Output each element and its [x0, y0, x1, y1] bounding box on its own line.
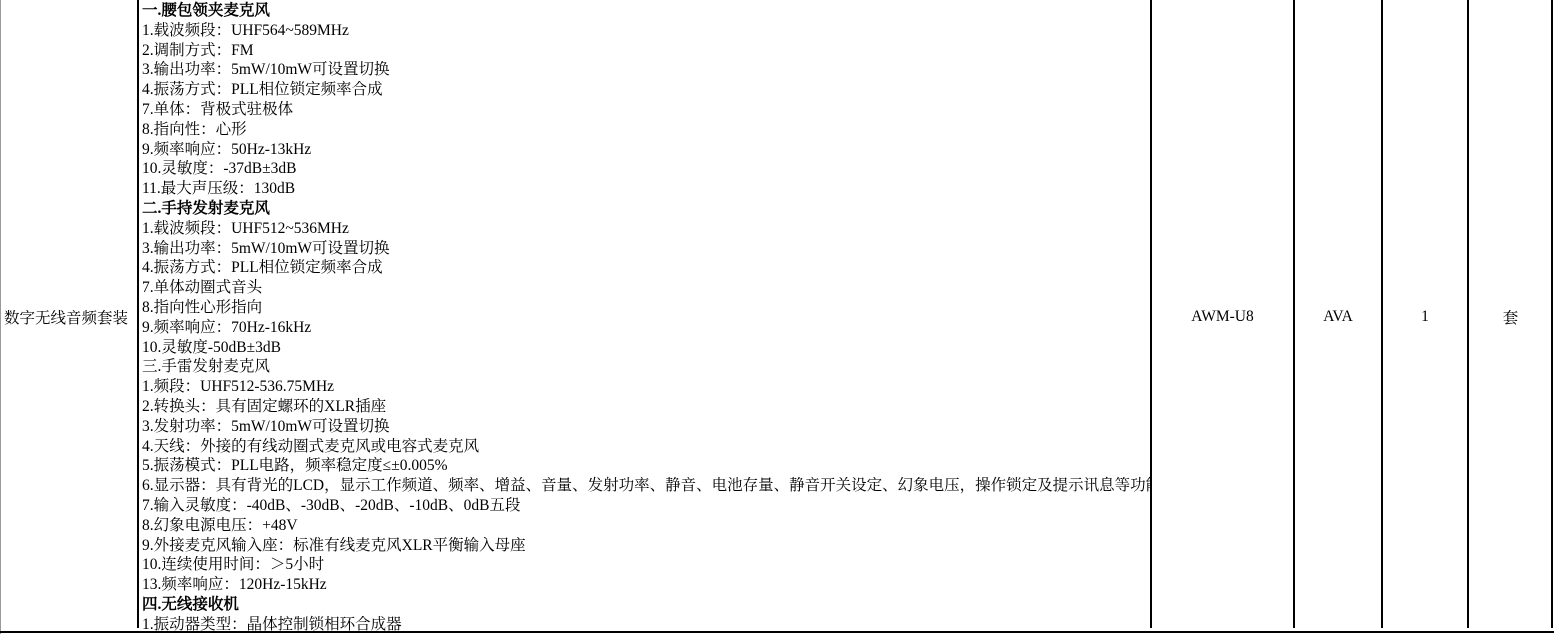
spec-line: 3.发射功率：5mW/10mW可设置切换 — [142, 417, 1150, 437]
spec-line: 一.腰包领夹麦克风 — [142, 1, 1150, 21]
spec-line: 二.手持发射麦克风 — [142, 199, 1150, 219]
spec-line: 4.天线：外接的有线动圈式麦克风或电容式麦克风 — [142, 437, 1150, 457]
quantity-value: 1 — [1421, 308, 1429, 326]
spec-line: 1.频段：UHF512-536.75MHz — [142, 377, 1150, 397]
column-divider-spec-model — [1150, 0, 1152, 628]
spec-line: 11.最大声压级：130dB — [142, 179, 1150, 199]
brand-cell: AVA — [1295, 0, 1381, 634]
table-right-edge-line — [1551, 0, 1553, 628]
model-value: AWM-U8 — [1191, 308, 1253, 326]
spec-line: 10.灵敏度-50dB±3dB — [142, 338, 1150, 358]
spec-line: 4.振荡方式：PLL相位锁定频率合成 — [142, 80, 1150, 100]
spec-line: 7.输入灵敏度：-40dB、-30dB、-20dB、-10dB、0dB五段 — [142, 496, 1150, 516]
quantity-cell: 1 — [1383, 0, 1467, 634]
spec-line: 9.外接麦克风输入座：标准有线麦克风XLR平衡输入母座 — [142, 536, 1150, 556]
spec-line: 10.灵敏度：-37dB±3dB — [142, 159, 1150, 179]
spec-line: 2.转换头：具有固定螺环的XLR插座 — [142, 397, 1150, 417]
spec-line: 9.频率响应：50Hz-13kHz — [142, 140, 1150, 160]
spec-line: 7.单体：背极式驻极体 — [142, 100, 1150, 120]
spec-line: 4.振荡方式：PLL相位锁定频率合成 — [142, 258, 1150, 278]
spec-line: 三.手雷发射麦克风 — [142, 357, 1150, 377]
spec-table-row: 数字无线音频套装 一.腰包领夹麦克风1.载波频段：UHF564~589MHz2.… — [0, 0, 1554, 634]
item-name: 数字无线音频套装 — [4, 306, 128, 328]
unit-cell: 套 — [1469, 0, 1552, 634]
spec-line: 3.输出功率：5mW/10mW可设置切换 — [142, 60, 1150, 80]
spec-line: 8.指向性心形指向 — [142, 298, 1150, 318]
spec-cell: 一.腰包领夹麦克风1.载波频段：UHF564~589MHz2.调制方式：FM3.… — [139, 0, 1150, 634]
spec-line: 2.调制方式：FM — [142, 41, 1150, 61]
spec-lines: 一.腰包领夹麦克风1.载波频段：UHF564~589MHz2.调制方式：FM3.… — [142, 1, 1150, 634]
spec-line: 1.载波频段：UHF564~589MHz — [142, 21, 1150, 41]
spec-line: 8.指向性：心形 — [142, 120, 1150, 140]
column-divider-brand-qty — [1381, 0, 1383, 628]
spec-line: 5.振荡模式：PLL电路，频率稳定度≤±0.005% — [142, 456, 1150, 476]
spec-line: 6.显示器：具有背光的LCD，显示工作频道、频率、增益、音量、发射功率、静音、电… — [142, 476, 1150, 496]
spec-line: 7.单体动圈式音头 — [142, 278, 1150, 298]
unit-value: 套 — [1503, 306, 1519, 328]
item-name-cell: 数字无线音频套装 — [1, 0, 137, 634]
model-cell: AWM-U8 — [1152, 0, 1293, 634]
spec-line: 四.无线接收机 — [142, 595, 1150, 615]
spec-line: 1.载波频段：UHF512~536MHz — [142, 219, 1150, 239]
spec-line: 10.连续使用时间：＞5小时 — [142, 555, 1150, 575]
column-divider-qty-unit — [1467, 0, 1469, 628]
spec-line: 9.频率响应：70Hz-16kHz — [142, 318, 1150, 338]
column-divider-model-brand — [1293, 0, 1295, 628]
table-bottom-border — [0, 631, 1554, 633]
spec-line: 3.输出功率：5mW/10mW可设置切换 — [142, 239, 1150, 259]
brand-value: AVA — [1323, 308, 1353, 326]
spec-line: 13.频率响应：120Hz-15kHz — [142, 575, 1150, 595]
table-left-edge-line — [0, 0, 1, 634]
spec-line: 8.幻象电源电压：+48V — [142, 516, 1150, 536]
column-divider-item-spec — [137, 0, 139, 628]
